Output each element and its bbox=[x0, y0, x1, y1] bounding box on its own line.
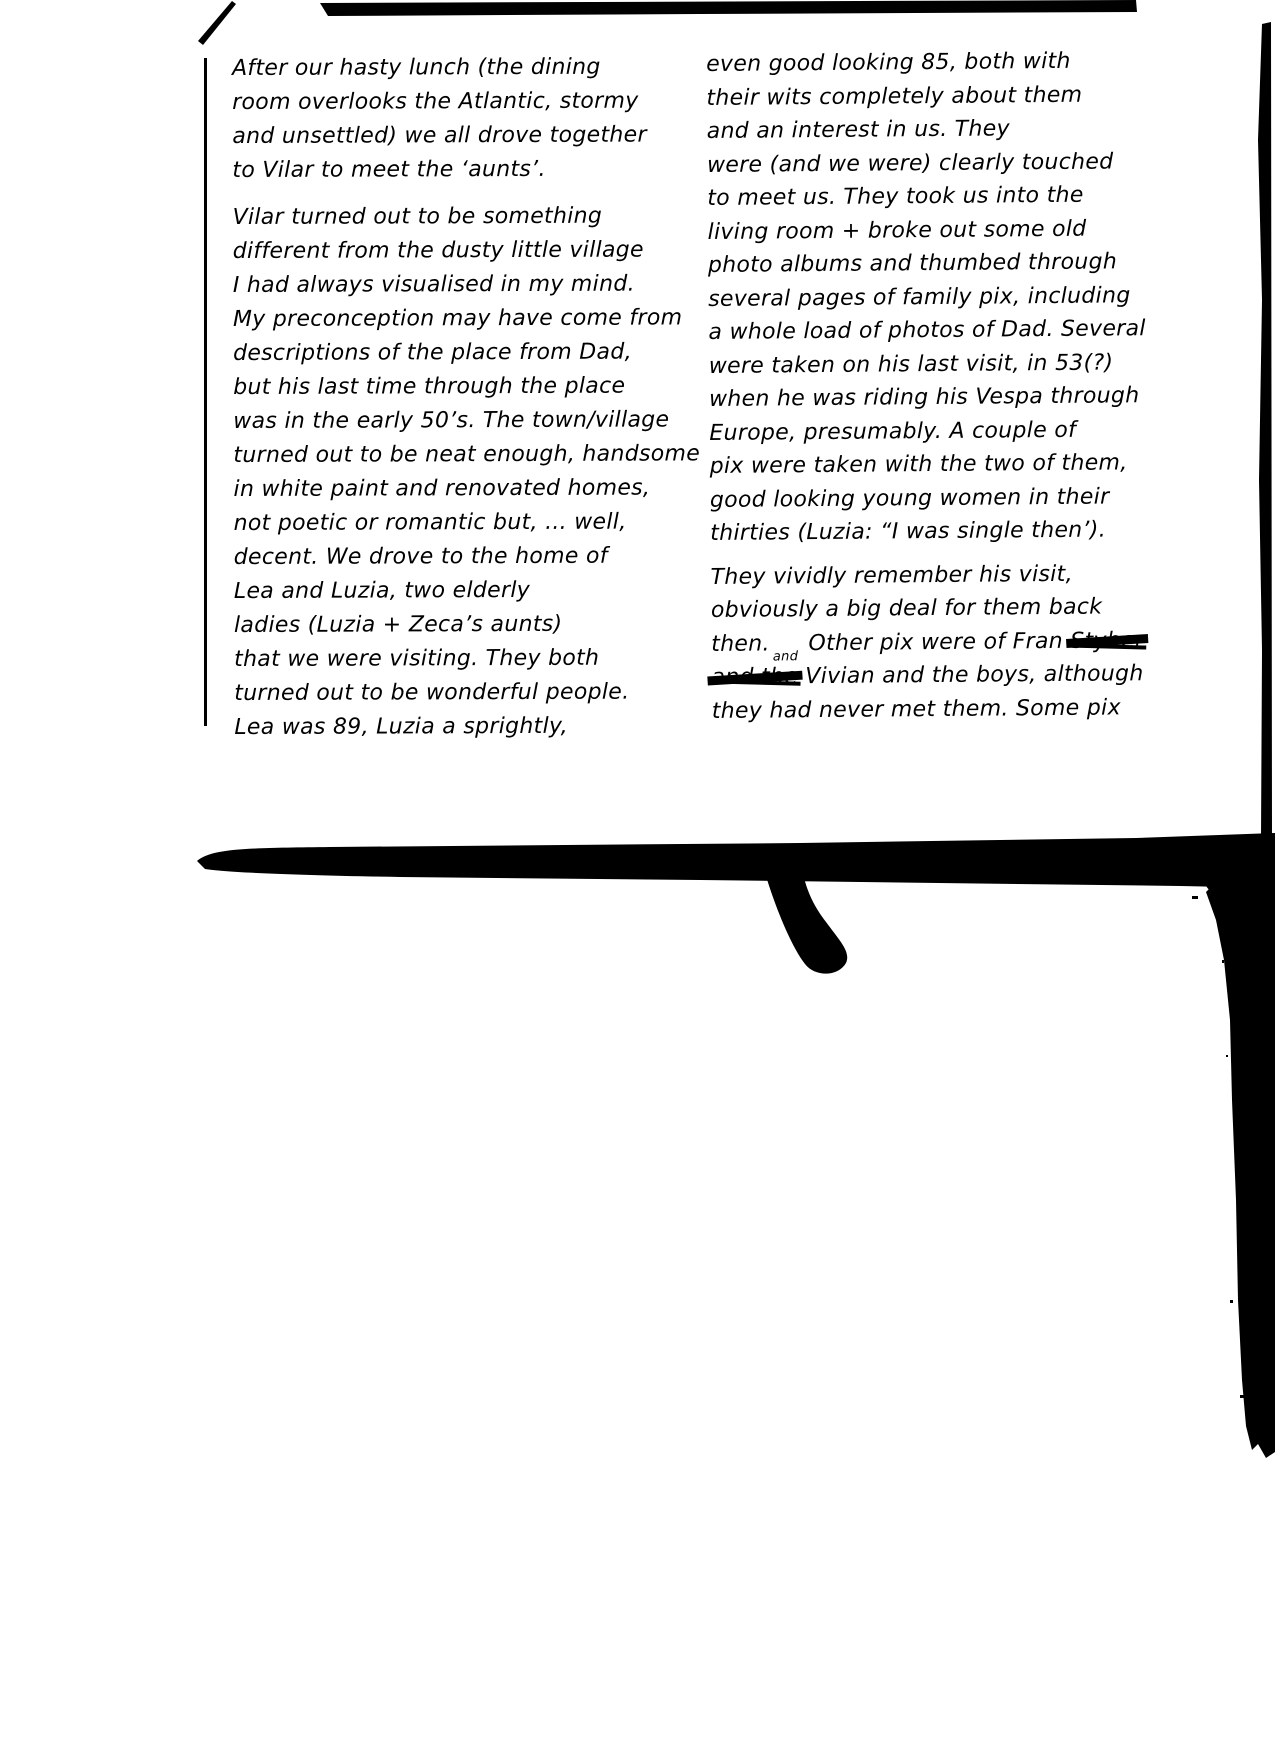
handwriting-line: even good looking 85, both with bbox=[706, 43, 1275, 81]
handwriting-line: to Vilar to meet the ‘aunts’. bbox=[232, 152, 688, 188]
handwriting-line: their wits completely about them bbox=[706, 77, 1275, 115]
handwriting-line: were taken on his last visit, in 53(?) bbox=[709, 345, 1275, 383]
handwriting-line: living room + broke out some old bbox=[707, 211, 1275, 249]
paragraph: After our hasty lunch (the diningroom ov… bbox=[232, 50, 688, 188]
handwriting-line: After our hasty lunch (the dining bbox=[232, 50, 688, 86]
handwriting-line: was in the early 50’s. The town/village bbox=[233, 403, 689, 439]
handwriting-segment: Other pix were of Fran bbox=[801, 628, 1070, 655]
handwriting-line: Lea was 89, Luzia a sprightly, bbox=[234, 709, 690, 745]
handwriting-line: but his last time through the place bbox=[233, 369, 689, 405]
handwriting-line: and an interest in us. They bbox=[707, 110, 1275, 148]
handwriting-line: were (and we were) clearly touched bbox=[707, 144, 1275, 182]
handwriting-line: decent. We drove to the home of bbox=[234, 539, 690, 575]
notebook-page: After our hasty lunch (the diningroom ov… bbox=[0, 0, 1275, 1755]
handwriting-line: to meet us. They took us into the bbox=[707, 177, 1275, 215]
handwriting-line: several pages of family pix, including bbox=[708, 278, 1275, 316]
notebook-bottom-edge bbox=[197, 833, 1275, 888]
handwriting-line: They vividly remember his visit, bbox=[710, 556, 1275, 594]
handwriting-line: descriptions of the place from Dad, bbox=[233, 335, 689, 371]
scribbled-out-word: and the bbox=[711, 660, 798, 694]
page-margin-line bbox=[204, 58, 207, 726]
handwriting-line: not poetic or romantic but, ... well, bbox=[234, 505, 690, 541]
handwriting-line: Europe, presumably. A couple of bbox=[709, 412, 1275, 450]
paragraph: Vilar turned out to be somethingdifferen… bbox=[233, 199, 691, 745]
handwriting-line: room overlooks the Atlantic, stormy bbox=[232, 84, 688, 120]
paragraph: They vividly remember his visit,obviousl… bbox=[710, 556, 1275, 728]
scan-top-edge bbox=[320, 0, 1137, 16]
handwriting-line: photo albums and thumbed through bbox=[708, 244, 1275, 282]
handwriting-line: when he was riding his Vespa through bbox=[709, 378, 1275, 416]
handwriting-line: good looking young women in their bbox=[710, 479, 1275, 517]
paragraph: even good looking 85, both withtheir wit… bbox=[706, 43, 1275, 550]
handwriting-line: a whole load of photos of Dad. Several bbox=[708, 311, 1275, 349]
handwriting-line: pix were taken with the two of them, bbox=[710, 445, 1275, 483]
handwriting-line: ladies (Luzia + Zeca’s aunts) bbox=[234, 607, 690, 643]
handwriting-line: they had never met them. Some pix bbox=[712, 690, 1275, 728]
handwriting-line: Vilar turned out to be something bbox=[233, 199, 689, 235]
scribbled-out-word: Styber bbox=[1070, 624, 1144, 658]
handwriting-line: that we were visiting. They both bbox=[234, 641, 690, 677]
handwriting-line: I had always visualised in my mind. bbox=[233, 267, 689, 303]
page-corner-fold-line bbox=[198, 1, 236, 45]
handwriting-line: Lea and Luzia, two elderly bbox=[234, 573, 690, 609]
handwriting-line: then.and Other pix were of Fran Styber bbox=[711, 623, 1275, 661]
handwriting-right-column: even good looking 85, both withtheir wit… bbox=[706, 43, 1275, 738]
handwriting-line: and the Vivian and the boys, although bbox=[711, 656, 1275, 694]
handwriting-segment: Vivian and the boys, although bbox=[798, 661, 1144, 689]
handwriting-line: different from the dusty little village bbox=[233, 233, 689, 269]
handwriting-line: turned out to be neat enough, handsome bbox=[233, 437, 689, 473]
handwriting-line: thirties (Luzia: “I was single then’). bbox=[710, 512, 1275, 550]
handwriting-line: and unsettled) we all drove together bbox=[232, 118, 688, 154]
handwriting-segment: then. bbox=[711, 631, 770, 657]
handwriting-line: obviously a big deal for them back bbox=[711, 589, 1275, 627]
handwriting-left-column: After our hasty lunch (the diningroom ov… bbox=[232, 50, 690, 758]
scan-right-lower-band bbox=[1206, 884, 1275, 1458]
handwriting-line: in white paint and renovated homes, bbox=[233, 471, 689, 507]
handwriting-line: turned out to be wonderful people. bbox=[234, 675, 690, 711]
handwriting-line: My preconception may have come from bbox=[233, 301, 689, 337]
